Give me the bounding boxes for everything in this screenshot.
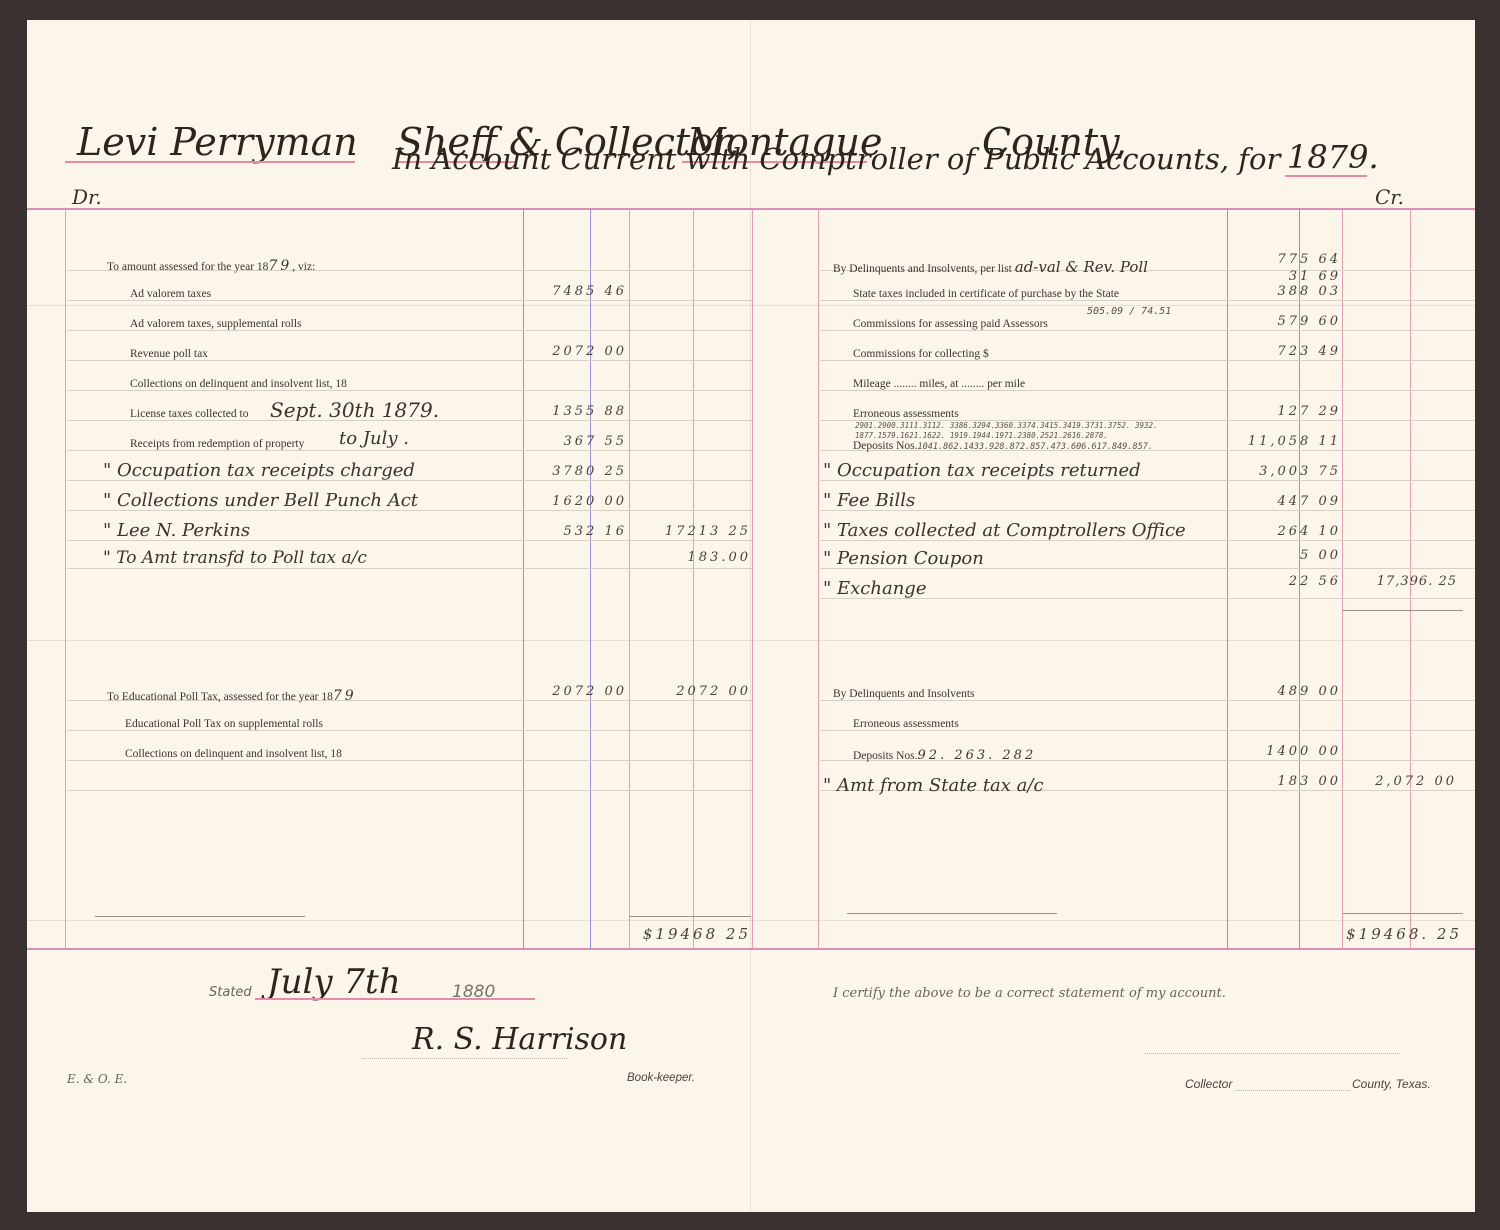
dr-label: Dr. [72, 185, 102, 209]
row-amount: 183 00 [1227, 774, 1341, 789]
row-total: 2,072 00 [1343, 774, 1457, 789]
debit-col-line [590, 209, 591, 949]
credit-heading-1: By Delinquents and Insolvents, per list … [833, 258, 1148, 276]
row-handwritten: " Amt from State tax a/c [823, 775, 1044, 796]
row-label: License taxes collected to [130, 408, 248, 420]
collector-name: Levi Perryman [77, 120, 358, 164]
stated-date: July 7th [267, 962, 401, 1002]
row-label: Collections on delinquent and insolvent … [130, 378, 347, 390]
fold-crease [27, 640, 1475, 641]
row-handwritten: " Lee N. Perkins [103, 520, 250, 541]
row-amount: 775 64 [1227, 252, 1341, 267]
row-amount: 5 00 [1227, 548, 1341, 563]
fold-crease [27, 920, 1475, 921]
row-amount: 1400 00 [1227, 744, 1341, 759]
row-label: By Delinquents and Insolvents [833, 688, 975, 700]
row-label: Revenue poll tax [130, 348, 208, 360]
row-handwritten: " Exchange [823, 578, 926, 599]
row-handwritten: " Taxes collected at Comptrollers Office [823, 520, 1186, 541]
row-label: Educational Poll Tax on supplemental rol… [125, 718, 323, 730]
credit-grand-total: $19468. 25 [1297, 925, 1462, 943]
row-amount: 2072 00 [523, 684, 627, 699]
bookkeeper-signature: R. S. Harrison [412, 1022, 627, 1057]
debit-grand-total: $19468 25 [587, 925, 751, 943]
left-margin-line [65, 209, 66, 949]
row-handwritten: " To Amt transfd to Poll tax a/c [103, 548, 367, 568]
row-amount: 367 55 [523, 434, 627, 449]
row-amount: 127 29 [1227, 404, 1341, 419]
fold-crease [27, 305, 1475, 306]
row-label: Receipts from redemption of property [130, 438, 304, 450]
row-handwritten: Sept. 30th 1879. [270, 398, 439, 422]
deposit-numbers-line2: 1877.1579.1621.1622. 1919.1944.1971.2380… [855, 431, 1108, 440]
deposits-row: Deposits Nos.1041.862.1433.928.872.857.4… [853, 440, 1153, 452]
debit-col-line [523, 209, 524, 949]
row-amount: 1355 88 [523, 404, 627, 419]
row-label: Commissions for collecting $ [853, 348, 989, 360]
row-amount: 3,003 75 [1207, 464, 1341, 479]
row-amount: 2072 00 [523, 344, 627, 359]
name-underline [65, 161, 355, 163]
row-amount: 723 49 [1227, 344, 1341, 359]
county-texas-label: County, Texas. [1352, 1077, 1431, 1091]
row-handwritten: to July . [339, 428, 409, 449]
row-label: Collections on delinquent and insolvent … [125, 748, 342, 760]
row-label: Ad valorem taxes [130, 288, 211, 300]
bookkeeper-label: Book-keeper. [627, 1072, 695, 1084]
certify-statement: I certify the above to be a correct stat… [833, 986, 1226, 1001]
row-handwritten: " Collections under Bell Punch Act [103, 490, 418, 511]
debit-col-line [752, 209, 753, 949]
row-handwritten: " Occupation tax receipts charged [103, 460, 415, 481]
row-amount: 489 00 [1227, 684, 1341, 699]
row-label: Mileage ........ miles, at ........ per … [853, 378, 1025, 390]
debit-heading-2: To Educational Poll Tax, assessed for th… [107, 688, 357, 704]
debit-col-line [629, 209, 630, 949]
row-label: Erroneous assessments [853, 718, 959, 730]
row-total: 17213 25 [629, 524, 751, 539]
row-handwritten: " Occupation tax receipts returned [823, 460, 1141, 481]
collector-label: Collector [1185, 1077, 1232, 1091]
row-label: State taxes included in certificate of p… [853, 288, 1119, 300]
bottom-border-rule [27, 948, 1475, 950]
top-border-rule [27, 208, 1475, 210]
stated-underline [255, 998, 535, 1000]
row-amount: 31 69 [1227, 269, 1341, 284]
row-label: Erroneous assessments [853, 408, 959, 420]
debit-col-line [693, 209, 694, 949]
row-label: Ad valorem taxes, supplemental rolls [130, 318, 302, 330]
row-handwritten: " Fee Bills [823, 490, 915, 511]
stated-label: Stated [209, 985, 252, 1000]
row-total: 183.00 [629, 550, 751, 565]
cr-label: Cr. [1375, 185, 1404, 209]
collector-signature-line [1145, 1053, 1400, 1054]
row-label: Commissions for assessing paid Assessors [853, 318, 1048, 330]
row-amount: 264 10 [1227, 524, 1341, 539]
row-amount: 532 16 [523, 524, 627, 539]
credit-margin-line [818, 209, 819, 949]
row-amount: 579 60 [1227, 314, 1341, 329]
eoe-label: E. & O. E. [67, 1072, 127, 1086]
ledger-sheet: Levi Perryman Sheff & Collector, Montagu… [27, 20, 1475, 1212]
fold-crease [750, 20, 751, 1212]
row-amount: 22 56 [1227, 574, 1341, 589]
deposit-numbers-line1: 2901.2900.3111.3112. 3386.3294.3360.3374… [855, 421, 1158, 430]
subtitle: In Account Current with Comptroller of P… [392, 142, 1280, 176]
row-handwritten: " Pension Coupon [823, 548, 984, 569]
row-amount: 1620 00 [523, 494, 627, 509]
row-total: 17,396. 25 [1343, 574, 1457, 589]
row-label: Deposits Nos.92. 263. 282 [853, 748, 1036, 763]
row-amount: 388 03 [1227, 284, 1341, 299]
row-amount: 447 09 [1227, 494, 1341, 509]
row-amount: 7485 46 [523, 284, 627, 299]
row-handwritten: 505.09 / 74.51 [1087, 306, 1171, 317]
row-amount: 3780 25 [523, 464, 627, 479]
account-year: 1879. [1287, 138, 1379, 176]
year-underline [1285, 175, 1367, 177]
row-total: 2072 00 [629, 684, 751, 699]
row-amount: 11,058 11 [1197, 434, 1341, 449]
debit-heading-1: To amount assessed for the year 1879, vi… [107, 258, 315, 274]
